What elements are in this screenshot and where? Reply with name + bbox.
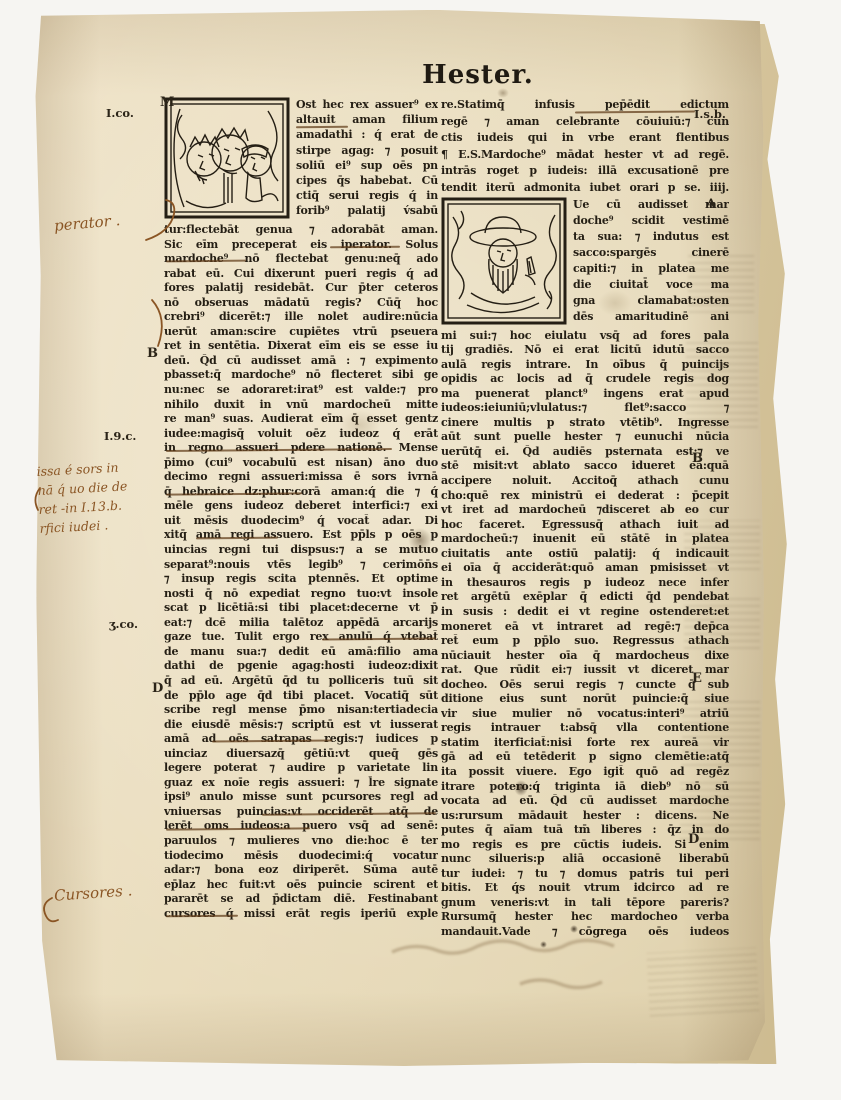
margin-ref-mark: I.co. [106,106,134,120]
left-text-column: Ost hec rex assuer⁹ exaltauit aman filiu… [164,97,438,921]
text-line: rat. Que rūdit ei:⁊ iussit vt diceret ma… [441,663,729,678]
woodcut-initial-three-heads [164,97,290,223]
margin-ref-mark: I.9.c. [104,429,136,443]
margin-letter: D [152,681,163,696]
show-through-text [646,947,759,1017]
margin-letter: A [706,197,716,212]
text-line: Ost hec rex assuer⁹ ex [296,97,438,112]
text-line: de pp̄lo age q̄d tibi placet. Vocatiq̄ s… [164,689,438,704]
text-line: accipere noluit. Accitoq̄ athach cunu [441,474,729,489]
text-line: legere poterat ⁊ audire p varietate lin [164,761,438,776]
text-line: docheo. Oēs serui regis ⁊ cuncte q̄ sub [441,678,729,693]
text-line: ctiq̄ serui regis q́ in [296,188,438,203]
smudge [598,290,632,316]
text-line: rabat eū. Cui dixerunt pueri regis q́ ad [164,267,438,282]
smudge [340,410,380,440]
text-line: bitis. Et q́s nouit vtrum idcirco ad re [441,881,729,896]
text-line: eat:⁊ dcē milia talētoz appēdā arcarijs [164,616,438,631]
text-line: tiodecimo mēsis duodecimi:q́ vocatur [164,849,438,864]
show-through-text [686,340,758,428]
margin-letter: E [692,671,702,686]
text-line: nūciauit hester oīa q̄ mardocheus dixe [441,649,729,664]
text-line: doche⁹ scidit vestimē [573,213,729,229]
ink-stain [514,780,528,796]
text-line: intrās roget p iudeis: illā excusationē … [441,163,729,180]
margin-ref-mark: I.s.b. [694,107,726,121]
text-line: ctis iudeis qui in vrbe erant flentibus [441,130,729,147]
text-line: scribe regl mense p̄mo nisan:tertiadecia [164,703,438,718]
text-line: iudee:magisq̄ voluit oēz iudeoz q́ erāt [164,427,438,442]
text-line: aūt sunt puelle hester ⁊ eunuchi nūcia [441,430,729,445]
ink-speck [570,925,578,933]
text-line: xitq̄ amā regi assuero. Est pp̄ls p oēs … [164,528,438,543]
margin-letter: M [160,95,174,110]
margin-letter: B [147,346,158,361]
text-line: nunc silueris:p aliā occasionē liberabū [441,852,729,867]
show-through-text [684,595,760,649]
text-line: cho:quē rex ministrū ei dederat : p̄cepi… [441,489,729,504]
left-column-body: tur:flectebāt genua ⁊ adorabāt aman.Sic … [164,223,438,921]
photo-of-incunable-leaf: Hester. [0,0,841,1100]
text-line: re man⁹ suas. Audierat eīm q̄ esset gent… [164,412,438,427]
text-line: tur iudei: ⁊ tu ⁊ domus patris tui peri [441,867,729,882]
text-line: uincias regni tui dispsus:⁊ a se mutuo [164,543,438,558]
text-line: tendit iterū admonita iubet orari p se. … [441,180,729,197]
text-line: amadathi : q́ erat de [296,127,438,142]
smudge [497,88,509,98]
right-column-portrait-block: Ue cū audisset mardoche⁹ scidit vestimēt… [441,197,729,329]
text-line: nihilo duxit in vnū mardocheū mitte [164,398,438,413]
text-line: stirpe agag: ⁊ posuit [296,143,438,158]
text-line: adar:⁊ bona eoz diriperēt. Sūma autē [164,863,438,878]
text-line: uinciaz diuersazq̄ gētiū:vt queq̄ gēs [164,747,438,762]
margin-ref-mark: ʒ.co. [109,617,138,631]
ink-stain [408,528,432,552]
text-line: nosti q̄ nō expediat regno tuo:vt insole [164,587,438,602]
text-line: stē misit:vt ablato sacco idueret eā:quā [441,459,729,474]
text-line: ep̄laz hec fuit:vt oēs puincie scirent e… [164,878,438,893]
text-line: paruulos ⁊ mulieres vno die:hoc ē ter [164,834,438,849]
text-line: uit mēsis duodecim⁹ q́ vocat̄ adar. Di [164,514,438,529]
show-through-text [682,700,760,766]
text-line: pararēt se ad p̄dictam diē. Festinabant [164,892,438,907]
text-line: gnum veneris:vt in tali tēpore pareris? [441,896,729,911]
text-line: decimo regni assueri:missa ē sors ivrnā [164,470,438,485]
text-line: die eiusdē mēsis:⁊ scriptū est vt iusser… [164,718,438,733]
ink-speck [540,941,547,948]
text-line: forib⁹ palatij v́sabū [296,203,438,218]
handwritten-sors-note: issa é sors innā q́ uo die deret -in I.1… [36,454,192,538]
text-line: deū. Q̄d cū audisset amā : ⁊ expimento [164,354,438,369]
text-line: ipsi⁹ anulo misse sunt pcursores regl ad [164,790,438,805]
text-line: ⁊ insup regis scita ptennēs. Et optime [164,572,438,587]
text-line: pbasset:q̄ mardoche⁹ nō flecteret sibi g… [164,368,438,383]
page-title: Hester. [393,60,563,90]
text-line: tur:flectebāt genua ⁊ adorabāt aman. [164,223,438,238]
text-line: Rursumq̄ hester hec mardocheo verba [441,910,729,925]
initial-wrapped-lines: Ost hec rex assuer⁹ exaltauit aman filiu… [296,97,438,223]
text-line: uerūt aman:scire cupiētes vtrū pseuera [164,325,438,340]
text-line: guaz ex noīe regis assueri: ⁊ l̄re signa… [164,776,438,791]
text-line: crebri⁹ dicerēt:⁊ ille nolet audire:nūci… [164,310,438,325]
text-line: ta sua: ⁊ indutus est [573,229,729,245]
text-line: mēle gens iudeoz deberet interfici:⁊ exi [164,499,438,514]
text-line: separat⁹:nouis vtēs legib⁹ ⁊ cerimōn̄s [164,558,438,573]
margin-letter: B [692,451,703,466]
text-line: cipes q̄s habebat. Cū [296,173,438,188]
text-line: nu:nec se adoraret:irat⁹ est valde:⁊ pro [164,383,438,398]
show-through-text [684,520,760,570]
text-line: soliū ei⁹ sup oēs pn [296,158,438,173]
text-line: de manu sua:⁊ dedit eū amā:filio ama [164,645,438,660]
text-line: nō obseruas mādatū regis? Cūq̄ hoc [164,296,438,311]
text-line: ¶ E.S.Mardoche⁹ mādat hester vt ad regē. [441,147,729,164]
text-line: dathi de pgenie agag:hosti iudeoz:dixit [164,659,438,674]
text-line: fores palatij residebāt. Cur p̄ter ceter… [164,281,438,296]
text-line: ita possit viuere. Ego igit̄ quō ad regē… [441,765,729,780]
text-line: vt iret ad mardocheū ⁊disceret ab eo cur [441,503,729,518]
woodcut-mardocheus [441,197,567,329]
show-through-text [680,782,760,840]
text-line: ret in sentētia. Dixerat eīm eis se esse… [164,339,438,354]
text-line: regē ⁊ aman celebrante cōuiuiū:⁊ cun [441,114,729,131]
text-line: scat p licētiā:si tibi placet:decerne vt… [164,601,438,616]
show-through-text [688,255,754,313]
text-line: in thesauros regis p iudeoz nece infer [441,576,729,591]
text-line: p̄imo (cui⁹ vocabulū est nisan) āno duo [164,456,438,471]
text-line: mandauit.Vade ⁊ cōgrega oēs iudeos [441,925,729,940]
text-line: q̄ ad eū. Argētū q̄d tu polliceris tuū s… [164,674,438,689]
left-column-opening: Ost hec rex assuer⁹ exaltauit aman filiu… [164,97,438,223]
text-line: uerūtq̄ ei. Q̄d audiēs psternata est:⁊ v… [441,445,729,460]
